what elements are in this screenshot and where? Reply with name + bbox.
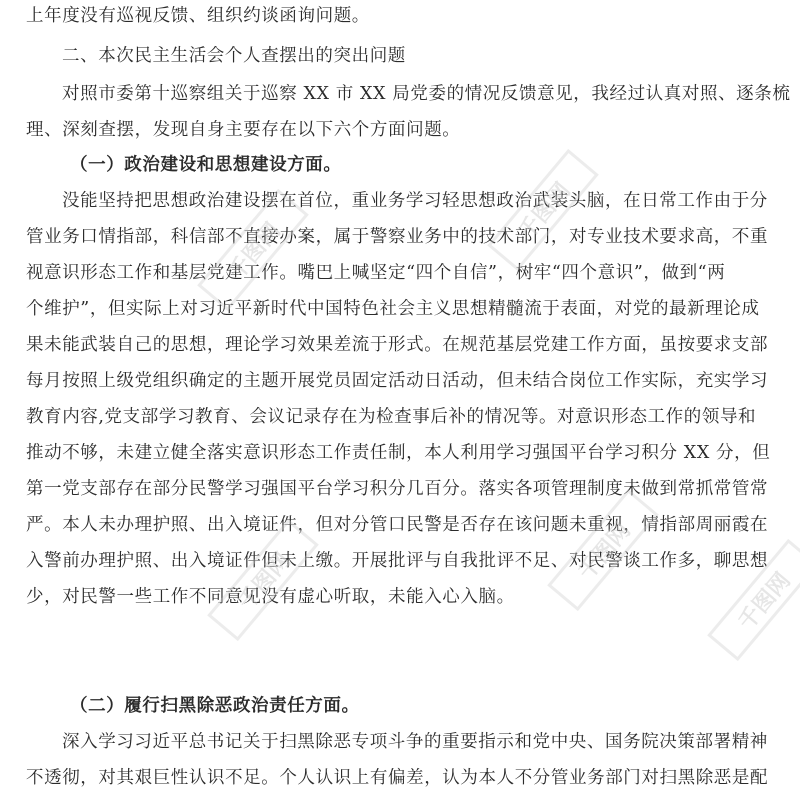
paragraph-line: 管业务口情指部，科信部不直接办案，属于警察业务中的技术部门，对专业技术要求高，不…: [26, 225, 776, 249]
paragraph-line: 少，对民警一些工作不同意见没有虚心听取，未能入心入脑。: [26, 585, 776, 609]
paragraph-line: 果未能武装自己的思想，理论学习效果差流于形式。在规范基层党建工作方面，虽按要求支…: [26, 333, 776, 357]
watermark-logo: 千图网: [207, 519, 319, 641]
document-page: 上年度没有巡视反馈、组织约谈函询问题。 二、本次民主生活会个人查摆出的突出问题 …: [0, 0, 800, 800]
paragraph-line: 没能坚持把思想政治建设摆在首位，重业务学习轻思想政治武装头脑，在日常工作由于分: [62, 189, 800, 213]
section-intro-line-1: 对照市委第十巡察组关于巡察 XX 市 XX 局党委的情况反馈意见，我经过认真对照…: [62, 82, 800, 106]
paragraph-line: 不透彻，对其艰巨性认识不足。个人认识上有偏差，认为本人不分管业务部门对扫黑除恶是…: [26, 766, 776, 790]
paragraph-line: 推动不够，未建立健全落实意识形态工作责任制，本人利用学习强国平台学习积分 XX …: [26, 441, 776, 465]
paragraph-line: 严。本人未办理护照、出入境证件，但对分管口民警是否存在该问题未重视，情指部周丽霞…: [26, 513, 776, 537]
paragraph-line: 教育内容,党支部学习教育、会议记录存在为检查事后补的情况等。对意识形态工作的领导…: [26, 405, 776, 429]
subsection-heading-2: （二）履行扫黑除恶政治责任方面。: [70, 694, 800, 718]
paragraph-line: 每月按照上级党组织确定的主题开展党员固定活动日活动，但未结合岗位工作实际，充实学…: [26, 369, 776, 393]
paragraph-line: 个维护”，但实际上对习近平新时代中国特色社会主义思想精髓流于表面，对党的最新理论…: [26, 297, 776, 321]
section-intro-line-2: 理、深刻查摆，发现自身主要存在以下六个方面问题。: [26, 118, 776, 142]
section-title: 二、本次民主生活会个人查摆出的突出问题: [62, 44, 800, 68]
paragraph-line: 深入学习习近平总书记关于扫黑除恶专项斗争的重要指示和党中央、国务院决策部署精神: [62, 730, 800, 754]
paragraph-line: 第一党支部存在部分民警学习强国平台学习积分几百分。落实各项管理制度未做到常抓常管…: [26, 477, 776, 501]
subsection-heading-1: （一）政治建设和思想建设方面。: [70, 153, 800, 177]
paragraph-line: 入警前办理护照、出入境证件但未上缴。开展批评与自我批评不足、对民警谈工作多，聊思…: [26, 549, 776, 573]
paragraph-line: 视意识形态工作和基层党建工作。嘴巴上喊坚定“四个自信”，树牢“四个意识”，做到“…: [26, 261, 776, 285]
intro-line: 上年度没有巡视反馈、组织约谈函询问题。: [26, 4, 776, 28]
